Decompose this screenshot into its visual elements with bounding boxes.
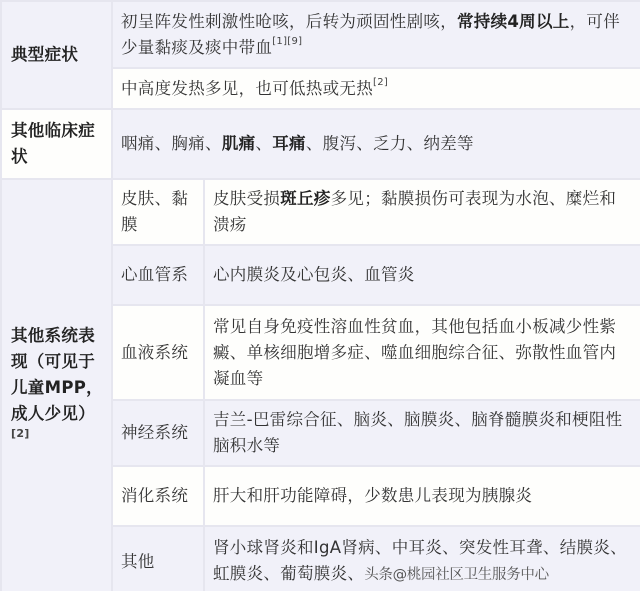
fever-text: 中高度发热多见，也可低热或无热 [121, 79, 373, 98]
row-header-label: 其他临床症状 [11, 121, 95, 166]
row-header-label: 典型症状 [11, 45, 78, 64]
cell-desc-blood: 常见自身免疫性溶血性贫血，其他包括血小板减少性紫癜、单核细胞增多症、噬血细胞综合… [204, 305, 640, 400]
cell-system-digestive: 消化系统 [112, 466, 204, 526]
desc-text: 吉兰-巴雷综合征、脑炎、脑膜炎、脑脊髓膜炎和梗阻性脑积水等 [213, 410, 622, 455]
cell-system-blood: 血液系统 [112, 305, 204, 400]
citation-refs: [2] [11, 427, 30, 440]
symptom-bold-earache: 耳痛 [272, 134, 306, 153]
system-label: 皮肤、黏膜 [121, 189, 188, 234]
cell-desc-digestive: 肝大和肝功能障碍，少数患儿表现为胰腺炎 [204, 466, 640, 526]
row-header-typical-symptoms: 典型症状 [1, 1, 112, 109]
row-header-other-systems: 其他系统表现（可见于儿童MPP，成人少见）[2] [1, 179, 112, 591]
table-row-typical-cough: 典型症状 初呈阵发性刺激性呛咳，后转为顽固性剧咳，常持续4周以上，可伴少量黏痰及… [1, 1, 640, 68]
cell-desc-neuro: 吉兰-巴雷综合征、脑炎、脑膜炎、脑脊髓膜炎和梗阻性脑积水等 [204, 400, 640, 466]
system-label: 血液系统 [121, 343, 188, 362]
symptoms-table: 典型症状 初呈阵发性刺激性呛咳，后转为顽固性剧咳，常持续4周以上，可伴少量黏痰及… [0, 0, 640, 591]
cell-desc-other: 肾小球肾炎和IgA肾病、中耳炎、突发性耳聋、结膜炎、虹膜炎、葡萄膜炎、头条@桃园… [204, 526, 640, 591]
cell-cough: 初呈阵发性刺激性呛咳，后转为顽固性剧咳，常持续4周以上，可伴少量黏痰及痰中带血[… [112, 1, 640, 68]
desc-text: 肝大和肝功能障碍，少数患儿表现为胰腺炎 [213, 486, 532, 505]
cell-system-skin: 皮肤、黏膜 [112, 179, 204, 245]
row-header-label: 其他系统表现（可见于儿童MPP，成人少见） [11, 326, 103, 423]
desc-text: 心内膜炎及心包炎、血管炎 [213, 265, 415, 284]
cell-desc-cardiovascular: 心内膜炎及心包炎、血管炎 [204, 245, 640, 305]
separator: 、 [255, 134, 272, 153]
citation-refs: [2] [373, 77, 388, 88]
cough-duration-bold: 常持续4周以上 [457, 12, 570, 31]
cell-system-other: 其他 [112, 526, 204, 591]
system-label: 心血管系 [121, 265, 188, 284]
cough-text: 初呈阵发性刺激性呛咳，后转为顽固性剧咳， [121, 12, 457, 31]
desc-bold-rash: 斑丘疹 [280, 189, 330, 208]
system-label: 神经系统 [121, 423, 188, 442]
citation-refs: [1][9] [272, 36, 302, 47]
desc-text: 皮肤受损 [213, 189, 280, 208]
system-label: 其他 [121, 552, 155, 571]
cell-other-clinical: 咽痛、胸痛、肌痛、耳痛、腹泻、乏力、纳差等 [112, 109, 640, 179]
desc-text: 常见自身免疫性溶血性贫血，其他包括血小板减少性紫癜、单核细胞增多症、噬血细胞综合… [213, 317, 616, 388]
cell-system-neuro: 神经系统 [112, 400, 204, 466]
table-row-skin: 其他系统表现（可见于儿童MPP，成人少见）[2] 皮肤、黏膜 皮肤受损斑丘疹多见… [1, 179, 640, 245]
cell-desc-skin: 皮肤受损斑丘疹多见；黏膜损伤可表现为水泡、糜烂和溃疡 [204, 179, 640, 245]
cell-system-cardiovascular: 心血管系 [112, 245, 204, 305]
system-label: 消化系统 [121, 486, 188, 505]
watermark-text: 头条@桃园社区卫生服务中心 [364, 567, 549, 583]
table-row-other-clinical: 其他临床症状 咽痛、胸痛、肌痛、耳痛、腹泻、乏力、纳差等 [1, 109, 640, 179]
symptom-text: 、腹泻、乏力、纳差等 [306, 134, 474, 153]
symptom-bold-myalgia: 肌痛 [222, 134, 256, 153]
cell-fever: 中高度发热多见，也可低热或无热[2] [112, 68, 640, 109]
symptom-text: 咽痛、胸痛、 [121, 134, 222, 153]
row-header-other-clinical: 其他临床症状 [1, 109, 112, 179]
